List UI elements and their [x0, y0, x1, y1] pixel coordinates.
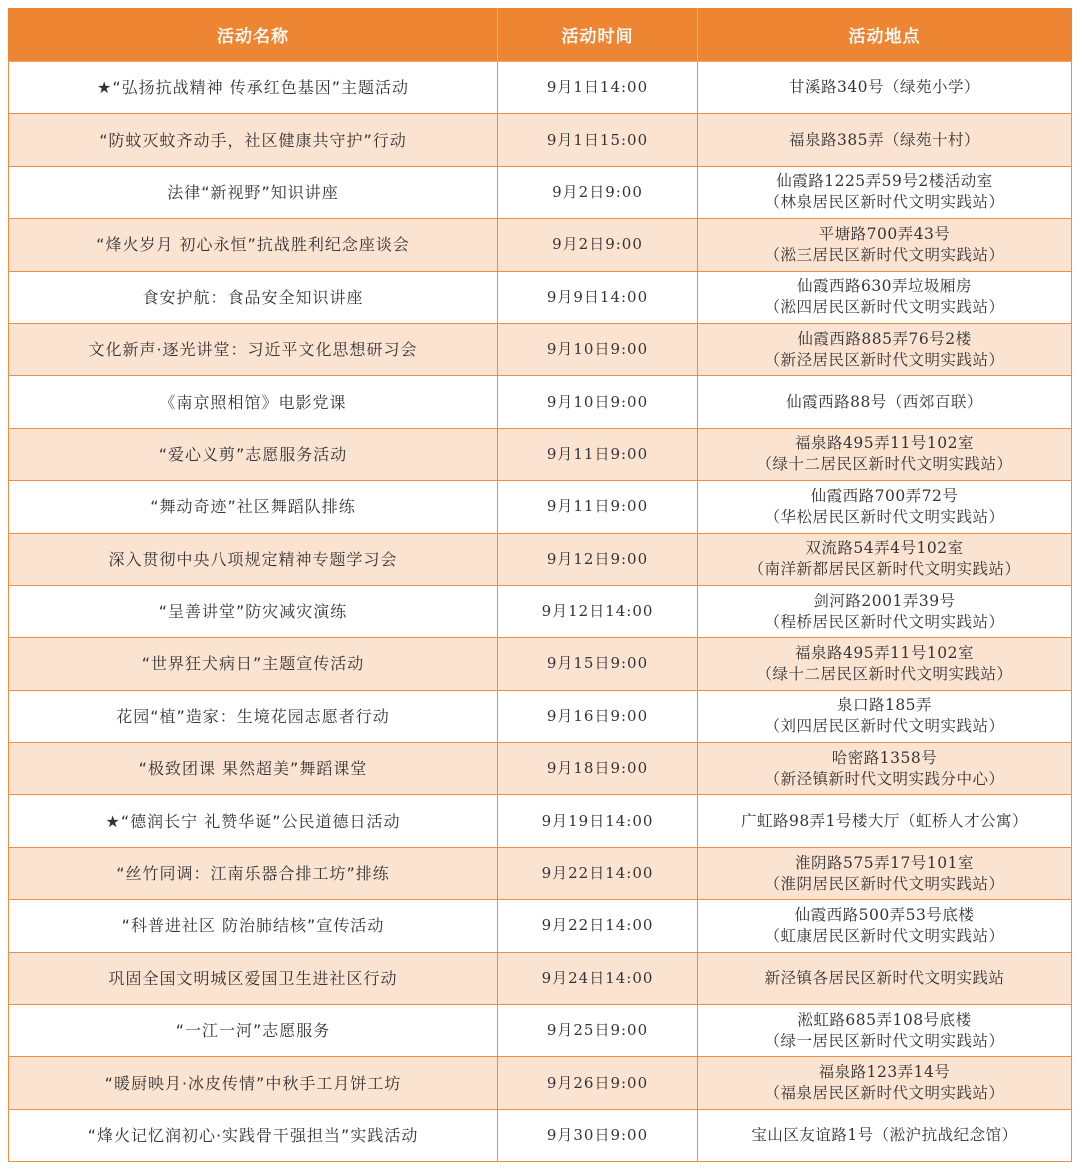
- activity-time-cell: 9月22日14:00: [498, 847, 698, 899]
- location-address: 广虹路98弄1号楼大厅（虹桥人才公寓）: [702, 811, 1067, 832]
- location-address: 仙霞西路630弄垃圾厢房: [702, 276, 1067, 297]
- location-station: （华松居民区新时代文明实践站）: [702, 507, 1067, 528]
- activity-time-cell: 9月30日9:00: [498, 1109, 698, 1161]
- table-row: 巩固全国文明城区爱国卫生进社区行动9月24日14:00新泾镇各居民区新时代文明实…: [9, 952, 1072, 1004]
- location-address: 甘溪路340号（绿苑小学）: [702, 77, 1067, 98]
- table-header: 活动名称 活动时间 活动地点: [9, 8, 1072, 62]
- activity-location-cell: 仙霞西路700弄72号（华松居民区新时代文明实践站）: [698, 481, 1072, 533]
- activity-schedule-table-container: 活动名称 活动时间 活动地点 ★“弘扬抗战精神 传承红色基因”主题活动9月1日1…: [8, 8, 1071, 1162]
- activity-time-cell: 9月25日9:00: [498, 1005, 698, 1057]
- activity-time-cell: 9月15日9:00: [498, 638, 698, 690]
- activity-name-cell: “暖厨映月·冰皮传情”中秋手工月饼工坊: [9, 1057, 498, 1109]
- header-row: 活动名称 活动时间 活动地点: [9, 8, 1072, 62]
- table-row: 《南京照相馆》电影党课9月10日9:00仙霞西路88号（西郊百联）: [9, 376, 1072, 428]
- activity-location-cell: 福泉路495弄11号102室（绿十二居民区新时代文明实践站）: [698, 638, 1072, 690]
- activity-location-cell: 泉口路185弄（刘四居民区新时代文明实践站）: [698, 690, 1072, 742]
- table-row: 食安护航：食品安全知识讲座9月9日14:00仙霞西路630弄垃圾厢房（淞四居民区…: [9, 271, 1072, 323]
- table-row: “烽火岁月 初心永恒”抗战胜利纪念座谈会9月2日9:00平塘路700弄43号（淞…: [9, 219, 1072, 271]
- location-address: 哈密路1358号: [702, 748, 1067, 769]
- location-address: 福泉路123弄14号: [702, 1062, 1067, 1083]
- activity-time-cell: 9月9日14:00: [498, 271, 698, 323]
- activity-name-cell: “烽火岁月 初心永恒”抗战胜利纪念座谈会: [9, 219, 498, 271]
- location-address: 泉口路185弄: [702, 695, 1067, 716]
- table-row: 文化新声·逐光讲堂：习近平文化思想研习会9月10日9:00仙霞西路885弄76号…: [9, 323, 1072, 375]
- activity-name-cell: 巩固全国文明城区爱国卫生进社区行动: [9, 952, 498, 1004]
- location-address: 仙霞西路885弄76号2楼: [702, 329, 1067, 350]
- activity-time-cell: 9月12日14:00: [498, 585, 698, 637]
- table-row: “舞动奇迹”社区舞蹈队排练9月11日9:00仙霞西路700弄72号（华松居民区新…: [9, 481, 1072, 533]
- activity-time-cell: 9月11日9:00: [498, 428, 698, 480]
- activity-location-cell: 仙霞西路630弄垃圾厢房（淞四居民区新时代文明实践站）: [698, 271, 1072, 323]
- activity-name-cell: 法律“新视野”知识讲座: [9, 166, 498, 218]
- location-station: （新泾镇新时代文明实践分中心）: [702, 769, 1067, 790]
- activity-time-cell: 9月16日9:00: [498, 690, 698, 742]
- table-row: “一江一河”志愿服务9月25日9:00淞虹路685弄108号底楼（绿一居民区新时…: [9, 1005, 1072, 1057]
- activity-name-cell: “极致团课 果然超美”舞蹈课堂: [9, 743, 498, 795]
- activity-name-cell: 花园“植”造家：生境花园志愿者行动: [9, 690, 498, 742]
- activity-time-cell: 9月18日9:00: [498, 743, 698, 795]
- location-address: 双流路54弄4号102室: [702, 538, 1067, 559]
- activity-name-cell: 食安护航：食品安全知识讲座: [9, 271, 498, 323]
- location-address: 仙霞西路700弄72号: [702, 486, 1067, 507]
- activity-name-cell: 文化新声·逐光讲堂：习近平文化思想研习会: [9, 323, 498, 375]
- activity-time-cell: 9月1日15:00: [498, 114, 698, 166]
- table-row: “烽火记忆润初心·实践骨干强担当”实践活动9月30日9:00宝山区友谊路1号（淞…: [9, 1109, 1072, 1161]
- location-station: （淞四居民区新时代文明实践站）: [702, 297, 1067, 318]
- table-row: ★“德润长宁 礼赞华诞”公民道德日活动9月19日14:00广虹路98弄1号楼大厅…: [9, 795, 1072, 847]
- activity-time-cell: 9月2日9:00: [498, 219, 698, 271]
- table-row: “极致团课 果然超美”舞蹈课堂9月18日9:00哈密路1358号（新泾镇新时代文…: [9, 743, 1072, 795]
- activity-location-cell: 淮阴路575弄17号101室（淮阴居民区新时代文明实践站）: [698, 847, 1072, 899]
- activity-location-cell: 平塘路700弄43号（淞三居民区新时代文明实践站）: [698, 219, 1072, 271]
- location-address: 宝山区友谊路1号（淞沪抗战纪念馆）: [702, 1125, 1067, 1146]
- table-row: “防蚊灭蚊齐动手，社区健康共守护”行动9月1日15:00福泉路385弄（绿苑十村…: [9, 114, 1072, 166]
- activity-time-cell: 9月10日9:00: [498, 323, 698, 375]
- activity-name-cell: “科普进社区 防治肺结核”宣传活动: [9, 900, 498, 952]
- table-row: 花园“植”造家：生境花园志愿者行动9月16日9:00泉口路185弄（刘四居民区新…: [9, 690, 1072, 742]
- location-station: （林泉居民区新时代文明实践站）: [702, 192, 1067, 213]
- location-station: （绿一居民区新时代文明实践站）: [702, 1031, 1067, 1052]
- activity-time-cell: 9月1日14:00: [498, 62, 698, 114]
- activity-location-cell: 广虹路98弄1号楼大厅（虹桥人才公寓）: [698, 795, 1072, 847]
- activity-location-cell: 福泉路385弄（绿苑十村）: [698, 114, 1072, 166]
- location-address: 仙霞西路88号（西郊百联）: [702, 392, 1067, 413]
- activity-location-cell: 剑河路2001弄39号（程桥居民区新时代文明实践站）: [698, 585, 1072, 637]
- activity-name-cell: ★“弘扬抗战精神 传承红色基因”主题活动: [9, 62, 498, 114]
- activity-location-cell: 新泾镇各居民区新时代文明实践站: [698, 952, 1072, 1004]
- activity-name-cell: “世界狂犬病日”主题宣传活动: [9, 638, 498, 690]
- location-address: 福泉路385弄（绿苑十村）: [702, 130, 1067, 151]
- column-header-activity-time: 活动时间: [498, 8, 698, 62]
- table-row: 法律“新视野”知识讲座9月2日9:00仙霞路1225弄59号2楼活动室（林泉居民…: [9, 166, 1072, 218]
- location-address: 仙霞路1225弄59号2楼活动室: [702, 171, 1067, 192]
- activity-time-cell: 9月11日9:00: [498, 481, 698, 533]
- table-row: ★“弘扬抗战精神 传承红色基因”主题活动9月1日14:00甘溪路340号（绿苑小…: [9, 62, 1072, 114]
- location-station: （新泾居民区新时代文明实践站）: [702, 350, 1067, 371]
- activity-schedule-table: 活动名称 活动时间 活动地点 ★“弘扬抗战精神 传承红色基因”主题活动9月1日1…: [8, 8, 1072, 1162]
- location-station: （虹康居民区新时代文明实践站）: [702, 926, 1067, 947]
- location-address: 平塘路700弄43号: [702, 224, 1067, 245]
- column-header-activity-location: 活动地点: [698, 8, 1072, 62]
- table-row: “世界狂犬病日”主题宣传活动9月15日9:00福泉路495弄11号102室（绿十…: [9, 638, 1072, 690]
- location-address: 福泉路495弄11号102室: [702, 643, 1067, 664]
- activity-name-cell: “舞动奇迹”社区舞蹈队排练: [9, 481, 498, 533]
- location-station: （程桥居民区新时代文明实践站）: [702, 612, 1067, 633]
- location-station: （绿十二居民区新时代文明实践站）: [702, 454, 1067, 475]
- activity-time-cell: 9月22日14:00: [498, 900, 698, 952]
- location-station: （南洋新都居民区新时代文明实践站）: [702, 559, 1067, 580]
- location-station: （刘四居民区新时代文明实践站）: [702, 716, 1067, 737]
- location-address: 淞虹路685弄108号底楼: [702, 1010, 1067, 1031]
- location-station: （福泉居民区新时代文明实践站）: [702, 1083, 1067, 1104]
- activity-time-cell: 9月2日9:00: [498, 166, 698, 218]
- activity-name-cell: “爱心义剪”志愿服务活动: [9, 428, 498, 480]
- activity-name-cell: “烽火记忆润初心·实践骨干强担当”实践活动: [9, 1109, 498, 1161]
- location-address: 福泉路495弄11号102室: [702, 433, 1067, 454]
- table-row: 深入贯彻中央八项规定精神专题学习会9月12日9:00双流路54弄4号102室（南…: [9, 533, 1072, 585]
- location-station: （绿十二居民区新时代文明实践站）: [702, 664, 1067, 685]
- activity-location-cell: 淞虹路685弄108号底楼（绿一居民区新时代文明实践站）: [698, 1005, 1072, 1057]
- table-row: “呈善讲堂”防灾减灾演练9月12日14:00剑河路2001弄39号（程桥居民区新…: [9, 585, 1072, 637]
- activity-location-cell: 仙霞西路88号（西郊百联）: [698, 376, 1072, 428]
- activity-time-cell: 9月12日9:00: [498, 533, 698, 585]
- table-row: “暖厨映月·冰皮传情”中秋手工月饼工坊9月26日9:00福泉路123弄14号（福…: [9, 1057, 1072, 1109]
- activity-location-cell: 福泉路123弄14号（福泉居民区新时代文明实践站）: [698, 1057, 1072, 1109]
- activity-name-cell: 深入贯彻中央八项规定精神专题学习会: [9, 533, 498, 585]
- activity-name-cell: ★“德润长宁 礼赞华诞”公民道德日活动: [9, 795, 498, 847]
- location-address: 剑河路2001弄39号: [702, 591, 1067, 612]
- location-address: 新泾镇各居民区新时代文明实践站: [702, 968, 1067, 989]
- activity-name-cell: “一江一河”志愿服务: [9, 1005, 498, 1057]
- activity-location-cell: 仙霞西路500弄53号底楼（虹康居民区新时代文明实践站）: [698, 900, 1072, 952]
- activity-time-cell: 9月19日14:00: [498, 795, 698, 847]
- table-row: “科普进社区 防治肺结核”宣传活动9月22日14:00仙霞西路500弄53号底楼…: [9, 900, 1072, 952]
- activity-location-cell: 宝山区友谊路1号（淞沪抗战纪念馆）: [698, 1109, 1072, 1161]
- table-row: “丝竹同调：江南乐器合排工坊”排练9月22日14:00淮阴路575弄17号101…: [9, 847, 1072, 899]
- activity-time-cell: 9月26日9:00: [498, 1057, 698, 1109]
- location-address: 仙霞西路500弄53号底楼: [702, 905, 1067, 926]
- activity-name-cell: “丝竹同调：江南乐器合排工坊”排练: [9, 847, 498, 899]
- activity-location-cell: 仙霞西路885弄76号2楼（新泾居民区新时代文明实践站）: [698, 323, 1072, 375]
- activity-location-cell: 福泉路495弄11号102室（绿十二居民区新时代文明实践站）: [698, 428, 1072, 480]
- activity-name-cell: “呈善讲堂”防灾减灾演练: [9, 585, 498, 637]
- activity-location-cell: 仙霞路1225弄59号2楼活动室（林泉居民区新时代文明实践站）: [698, 166, 1072, 218]
- column-header-activity-name: 活动名称: [9, 8, 498, 62]
- location-station: （淞三居民区新时代文明实践站）: [702, 245, 1067, 266]
- activity-time-cell: 9月10日9:00: [498, 376, 698, 428]
- activity-name-cell: “防蚊灭蚊齐动手，社区健康共守护”行动: [9, 114, 498, 166]
- activity-location-cell: 哈密路1358号（新泾镇新时代文明实践分中心）: [698, 743, 1072, 795]
- table-row: “爱心义剪”志愿服务活动9月11日9:00福泉路495弄11号102室（绿十二居…: [9, 428, 1072, 480]
- activity-name-cell: 《南京照相馆》电影党课: [9, 376, 498, 428]
- activity-time-cell: 9月24日14:00: [498, 952, 698, 1004]
- location-station: （淮阴居民区新时代文明实践站）: [702, 874, 1067, 895]
- activity-location-cell: 双流路54弄4号102室（南洋新都居民区新时代文明实践站）: [698, 533, 1072, 585]
- activity-location-cell: 甘溪路340号（绿苑小学）: [698, 62, 1072, 114]
- table-body: ★“弘扬抗战精神 传承红色基因”主题活动9月1日14:00甘溪路340号（绿苑小…: [9, 62, 1072, 1162]
- location-address: 淮阴路575弄17号101室: [702, 853, 1067, 874]
